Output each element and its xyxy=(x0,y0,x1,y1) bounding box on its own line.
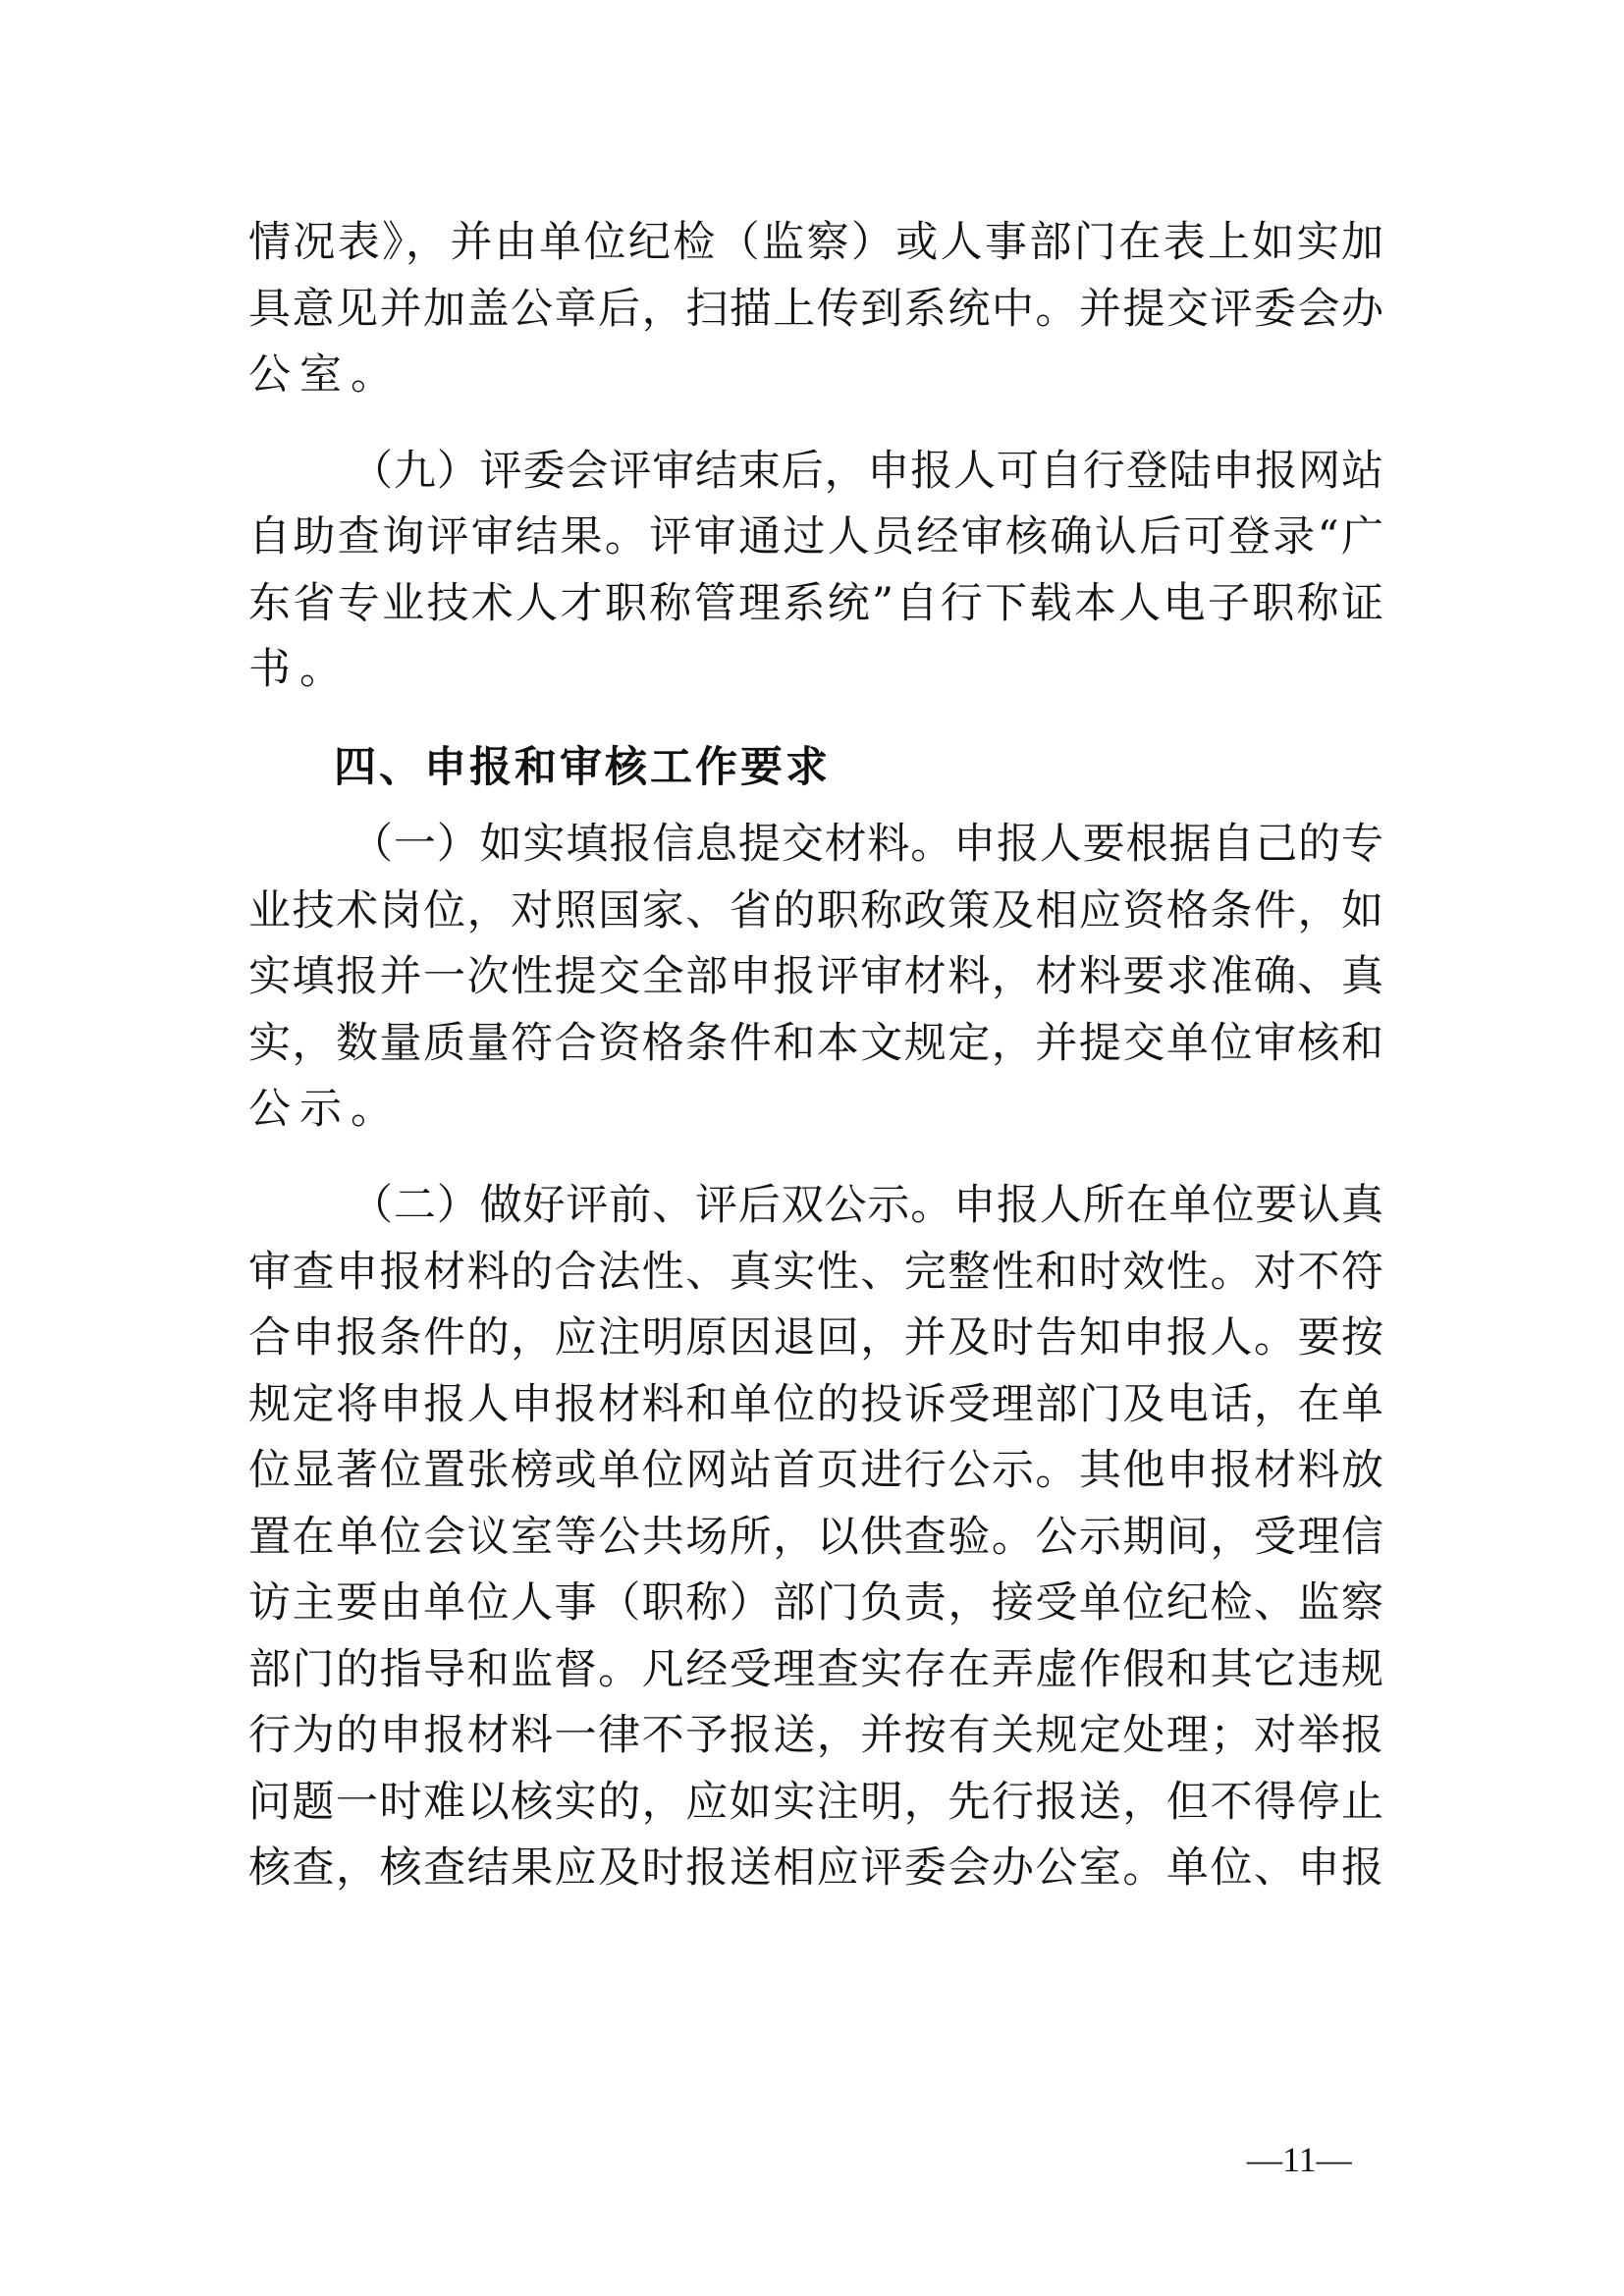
paragraph-line: （二）做好评前、评后双公示。申报人所在单位要认真 xyxy=(351,1176,1383,1235)
paragraph-line: 实填报并一次性提交全部申报评审材料，材料要求准确、真 xyxy=(248,947,1383,1006)
paragraph-line: （一）如实填报信息提交材料。申报人要根据自己的专 xyxy=(351,815,1383,874)
paragraph-line: 访主要由单位人事（职称）部门负责，接受单位纪检、监察 xyxy=(248,1574,1383,1632)
page-number: —11— xyxy=(1247,2138,1352,2181)
paragraph-line: 位显著位置张榜或单位网站首页进行公示。其他申报材料放 xyxy=(248,1441,1383,1500)
paragraph-line: 业技术岗位，对照国家、省的职称政策及相应资格条件，如 xyxy=(248,881,1383,940)
paragraph-line: 具意见并加盖公章后，扫描上传到系统中。并提交评委会办 xyxy=(248,280,1383,339)
paragraph-line: 东省专业技术人才职称管理系统”自行下载本人电子职称证 xyxy=(248,574,1383,633)
document-page: 情况表》，并由单位纪检（监察）或人事部门在表上如实加 具意见并加盖公章后，扫描上… xyxy=(0,0,1624,2296)
paragraph-line: 审查申报材料的合法性、真实性、完整性和时效性。对不符 xyxy=(248,1243,1383,1302)
paragraph-line: （九）评委会评审结束后，申报人可自行登陆申报网站 xyxy=(351,442,1383,501)
paragraph-line: 置在单位会议室等公共场所，以供查验。公示期间，受理信 xyxy=(248,1508,1383,1567)
paragraph-line: 情况表》，并由单位纪检（监察）或人事部门在表上如实加 xyxy=(248,213,1383,272)
paragraph-line: 规定将申报人申报材料和单位的投诉受理部门及电话，在单 xyxy=(248,1375,1383,1434)
paragraph-line: 实，数量质量符合资格条件和本文规定，并提交单位审核和 xyxy=(248,1014,1383,1073)
paragraph-line: 核查，核查结果应及时报送相应评委会办公室。单位、申报 xyxy=(248,1839,1383,1897)
paragraph-line: 合申报条件的，应注明原因退回，并及时告知申报人。要按 xyxy=(248,1308,1383,1367)
paragraph-line: 公示。 xyxy=(248,1080,1383,1139)
paragraph-line: 自助查询评审结果。评审通过人员经审核确认后可登录“广 xyxy=(248,507,1383,566)
paragraph-line: 部门的指导和监督。凡经受理查实存在弄虚作假和其它违规 xyxy=(248,1640,1383,1699)
paragraph-line: 问题一时难以核实的，应如实注明，先行报送，但不得停止 xyxy=(248,1773,1383,1832)
paragraph-line: 公室。 xyxy=(248,346,1383,404)
paragraph-line: 书。 xyxy=(248,640,1383,699)
paragraph-line: 行为的申报材料一律不予报送，并按有关规定处理；对举报 xyxy=(248,1706,1383,1765)
section-heading: 四、申报和审核工作要求 xyxy=(334,738,831,797)
